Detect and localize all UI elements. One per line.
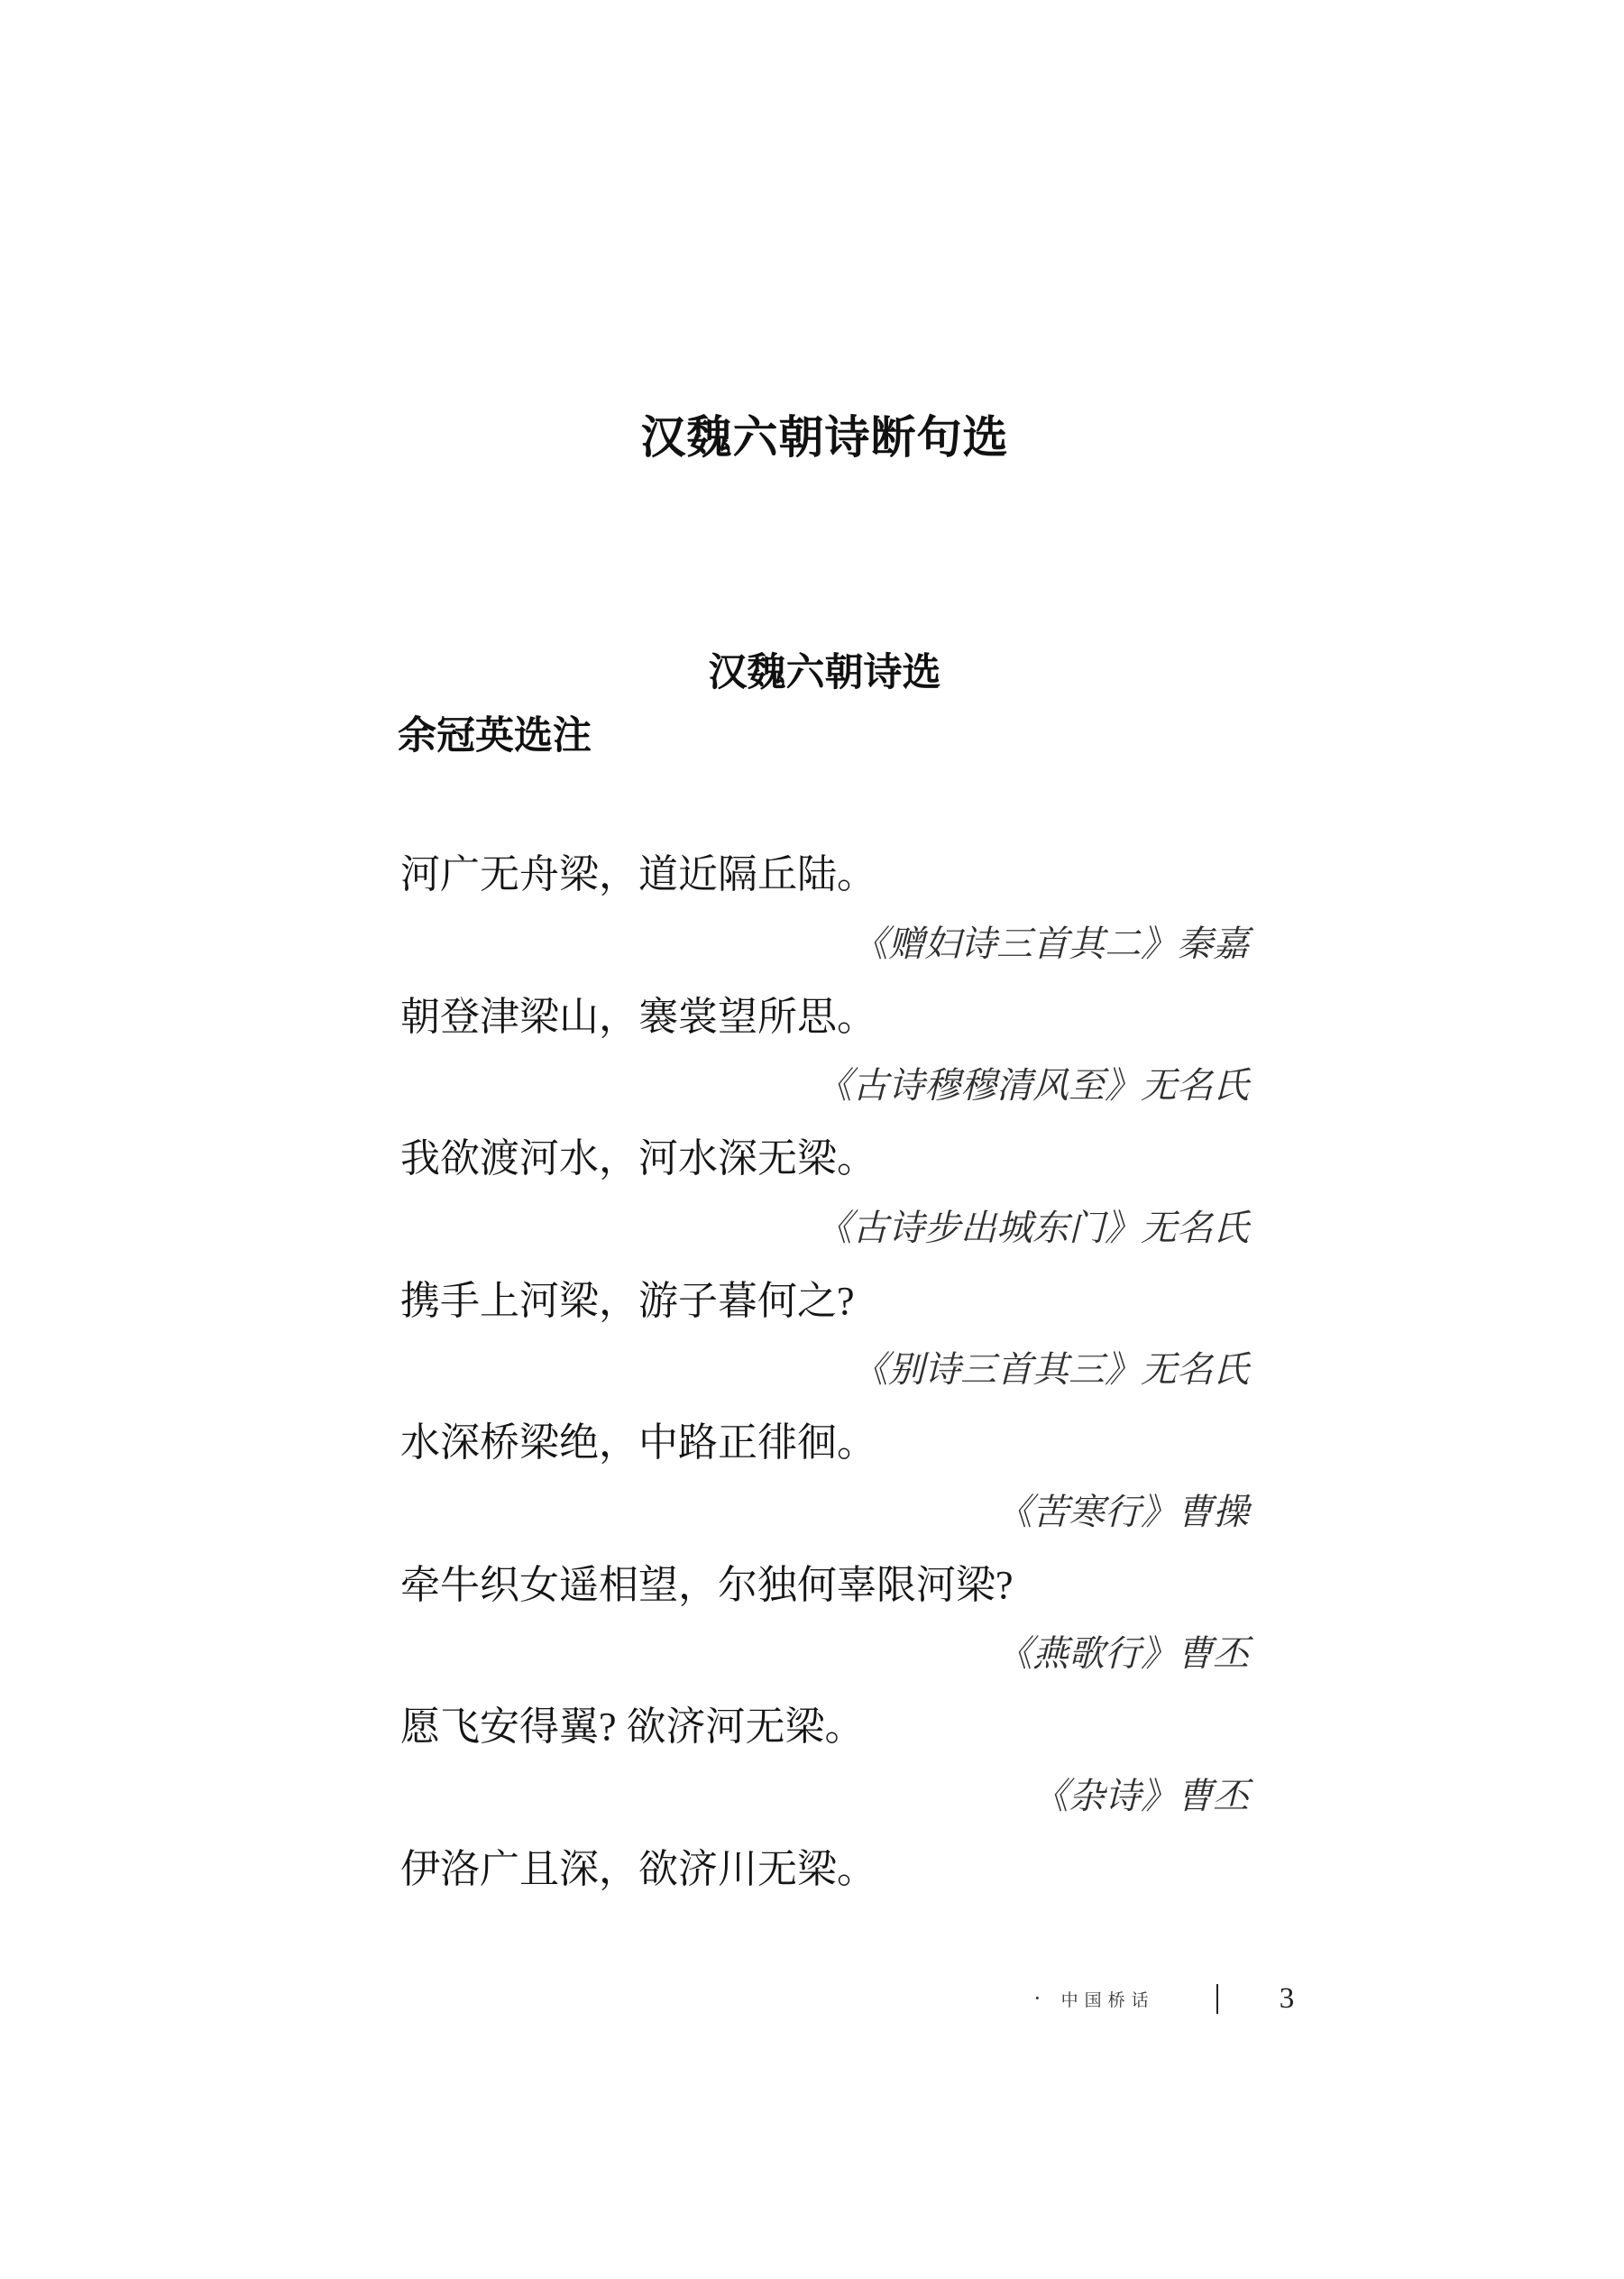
poem-source: 《古诗穆穆清风至》无名氏 <box>400 1068 1249 1139</box>
poem-line: 水深桥梁绝，中路正徘徊。 <box>400 1423 1249 1494</box>
footer-separator-dot: · <box>1033 1987 1041 2010</box>
poem-line: 河广无舟梁，道近隔丘陆。 <box>400 855 1249 926</box>
page-title: 汉魏六朝诗断句选 <box>400 413 1249 463</box>
poem-line: 牵牛织女遥相望，尔独何辜限河梁? <box>400 1566 1249 1637</box>
page-footer: · 中国桥话 3 <box>1033 1980 1294 2017</box>
footer-book-title: 中国桥话 <box>1061 1987 1155 2011</box>
poem-line: 我欲渡河水，河水深无梁。 <box>400 1139 1249 1210</box>
poem-source: 《别诗三首其三》无名氏 <box>400 1352 1249 1423</box>
poem-line: 愿飞安得翼? 欲济河无梁。 <box>400 1707 1249 1778</box>
poem-line: 携手上河梁，游子暮何之? <box>400 1282 1249 1353</box>
footer-divider-rule <box>1216 1984 1218 2014</box>
author-line: 余冠英选注 <box>398 705 592 760</box>
poem-list: 河广无舟梁，道近隔丘陆。 《赠妇诗三首其二》秦嘉 朝登津梁山，褰裳望所思。 《古… <box>400 855 1249 1920</box>
poem-source: 《赠妇诗三首其二》秦嘉 <box>400 926 1249 997</box>
poem-line: 朝登津梁山，褰裳望所思。 <box>400 997 1249 1069</box>
poem-source: 《燕歌行》曹丕 <box>400 1636 1249 1707</box>
poem-line: 伊洛广且深，欲济川无梁。 <box>400 1850 1249 1921</box>
section-title: 汉魏六朝诗选 <box>400 642 1249 697</box>
page-number: 3 <box>1280 1982 1295 2016</box>
book-page: 汉魏六朝诗断句选 汉魏六朝诗选 余冠英选注 河广无舟梁，道近隔丘陆。 《赠妇诗三… <box>0 0 1624 2279</box>
poem-source: 《古诗步出城东门》无名氏 <box>400 1210 1249 1282</box>
poem-source: 《杂诗》曹丕 <box>400 1778 1249 1850</box>
poem-source: 《苦寒行》曹操 <box>400 1494 1249 1566</box>
